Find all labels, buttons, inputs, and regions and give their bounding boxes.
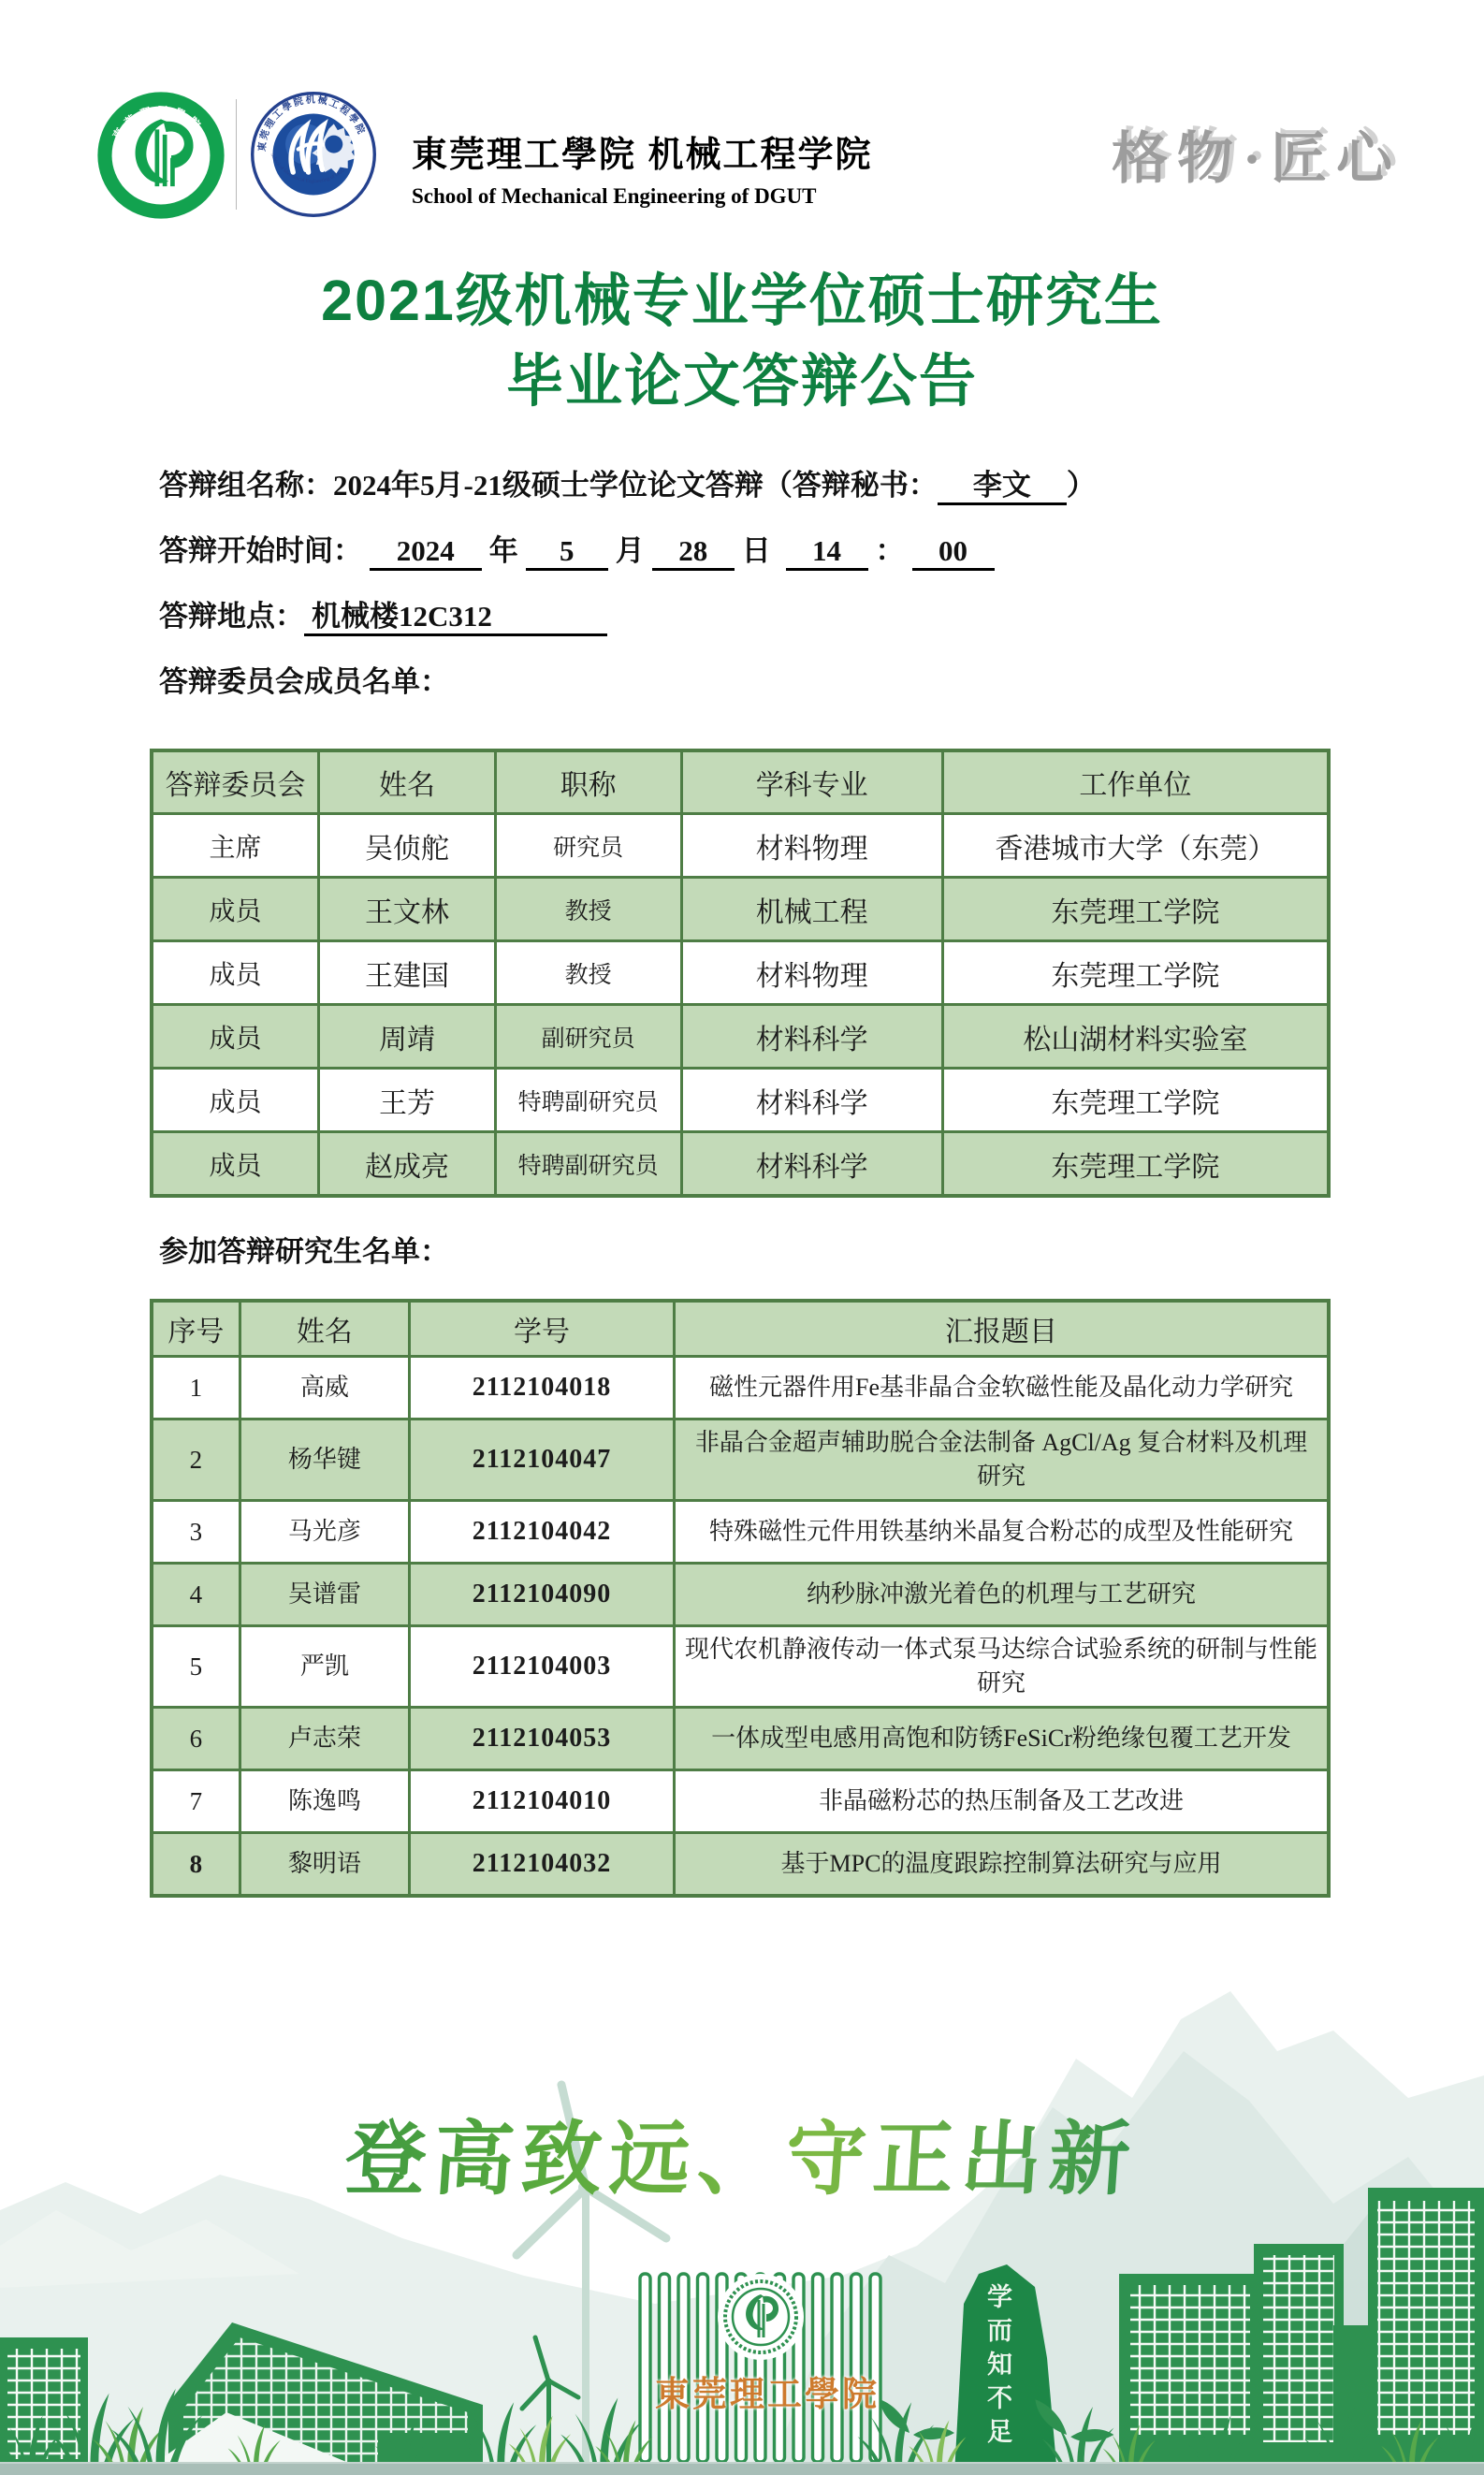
page-title-line2: 毕业论文答辩公告 <box>506 349 978 413</box>
page-title-line1: 2021级机械专业学位硕士研究生 <box>321 269 1163 332</box>
column-header: 学科专业 <box>681 750 942 814</box>
table-cell: 周靖 <box>319 1005 496 1069</box>
mechanical-school-logo: 東莞理工學院机械工程學院 School of Mechanical Engine… <box>250 91 377 218</box>
table-row: 7陈逸鸣2112104010非晶磁粉芯的热压制备及工艺改进 <box>152 1770 1329 1833</box>
table-cell: 材料物理 <box>681 941 942 1005</box>
column-header: 序号 <box>152 1301 240 1357</box>
table-cell: 非晶磁粉芯的热压制备及工艺改进 <box>675 1770 1329 1833</box>
year-blank: 2024 <box>370 534 482 571</box>
table-cell: 王建国 <box>319 941 496 1005</box>
table-row: 2杨华键2112104047非晶合金超声辅助脱合金法制备 AgCl/Ag 复合材… <box>152 1419 1329 1501</box>
table-cell: 研究员 <box>495 814 681 878</box>
table-row: 5严凯2112104003现代农机静液传动一体式泵马达综合试验系统的研制与性能研… <box>152 1626 1329 1708</box>
time-colon: ： <box>868 534 912 567</box>
dgut-university-logo: 東莞理工學院 DONGGUAN UNIVERSITY OF TECHNOLOGY <box>96 91 226 220</box>
table-cell: 磁性元器件用Fe基非晶合金软磁性能及晶化动力学研究 <box>675 1357 1329 1419</box>
table-cell: 东莞理工学院 <box>942 878 1329 941</box>
school-name-en: School of Mechanical Engineering of DGUT <box>412 184 873 209</box>
table-cell: 赵成亮 <box>319 1132 496 1197</box>
table-cell: 2112104053 <box>409 1708 674 1770</box>
table-cell: 成员 <box>152 1005 319 1069</box>
table-row: 6卢志荣2112104053一体成型电感用高饱和防锈FeSiCr粉绝缘包覆工艺开… <box>152 1708 1329 1770</box>
table-cell: 吴侦舵 <box>319 814 496 878</box>
table-cell: 教授 <box>495 878 681 941</box>
minute-blank: 00 <box>912 534 995 571</box>
defense-place-line: 答辩地点：机械楼12C312 <box>159 597 1347 636</box>
table-cell: 2112104003 <box>409 1626 674 1708</box>
table-cell: 材料科学 <box>681 1005 942 1069</box>
table-cell: 卢志荣 <box>240 1708 409 1770</box>
table-row: 主席吴侦舵研究员材料物理香港城市大学（东莞） <box>152 814 1329 878</box>
year-unit: 年 <box>482 534 526 567</box>
table-cell: 3 <box>152 1501 240 1564</box>
table-cell: 成员 <box>152 878 319 941</box>
table-cell: 2112104090 <box>409 1564 674 1626</box>
gate-school-name: 東莞理工學院 <box>646 2366 889 2416</box>
footer-artwork: 登高致远、守正出新 東莞理工學院 学而知不足 <box>0 1965 1484 2475</box>
table-cell: 一体成型电感用高饱和防锈FeSiCr粉绝缘包覆工艺开发 <box>675 1708 1329 1770</box>
logo-divider <box>236 99 237 210</box>
table-cell: 2112104032 <box>409 1833 674 1897</box>
defense-group-line: 答辩组名称：2024年5月-21级硕士学位论文答辩（答辩秘书：李文） <box>159 466 1347 505</box>
table-cell: 王文林 <box>319 878 496 941</box>
table-cell: 1 <box>152 1357 240 1419</box>
table-cell: 4 <box>152 1564 240 1626</box>
table-cell: 7 <box>152 1770 240 1833</box>
table-cell: 2112104047 <box>409 1419 674 1501</box>
column-header: 工作单位 <box>942 750 1329 814</box>
column-header: 姓名 <box>240 1301 409 1357</box>
table-cell: 2112104042 <box>409 1501 674 1564</box>
table-cell: 香港城市大学（东莞） <box>942 814 1329 878</box>
table-cell: 马光彦 <box>240 1501 409 1564</box>
table-cell: 6 <box>152 1708 240 1770</box>
table-row: 1高威2112104018磁性元器件用Fe基非晶合金软磁性能及晶化动力学研究 <box>152 1357 1329 1419</box>
secretary-blank: 李文 <box>938 469 1067 505</box>
page-header: 東莞理工學院 DONGGUAN UNIVERSITY OF TECHNOLOGY… <box>89 86 1428 226</box>
table-cell: 5 <box>152 1626 240 1708</box>
table-row: 成员王建国教授材料物理东莞理工学院 <box>152 941 1329 1005</box>
footer-calligraphy: 登高致远、守正出新 <box>0 2094 1484 2210</box>
table-row: 成员赵成亮特聘副研究员材料科学东莞理工学院 <box>152 1132 1329 1197</box>
table-cell: 杨华键 <box>240 1419 409 1501</box>
table-row: 成员王芳特聘副研究员材料科学东莞理工学院 <box>152 1069 1329 1132</box>
table-cell: 基于MPC的温度跟踪控制算法研究与应用 <box>675 1833 1329 1897</box>
table-cell: 主席 <box>152 814 319 878</box>
table-row: 4吴谱雷2112104090纳秒脉冲激光着色的机理与工艺研究 <box>152 1564 1329 1626</box>
table-cell: 成员 <box>152 1132 319 1197</box>
monument-inscription: 学而知不足 <box>980 2283 1016 2470</box>
table-cell: 非晶合金超声辅助脱合金法制备 AgCl/Ag 复合材料及机理研究 <box>675 1419 1329 1501</box>
table-cell: 2 <box>152 1419 240 1501</box>
defense-time-line: 答辩开始时间： 2024年5月28日 14：00 <box>159 531 1347 571</box>
table-cell: 现代农机静液传动一体式泵马达综合试验系统的研制与性能研究 <box>675 1626 1329 1708</box>
page-title: 2021级机械专业学位硕士研究生 毕业论文答辩公告 <box>0 260 1484 421</box>
group-label: 答辩组名称： <box>159 469 333 502</box>
table-cell: 东莞理工学院 <box>942 1132 1329 1197</box>
table-cell: 特殊磁性元件用铁基纳米晶复合粉芯的成型及性能研究 <box>675 1501 1329 1564</box>
motto-calligraphy: 格物·匠心 <box>1112 114 1402 195</box>
column-header: 学号 <box>409 1301 674 1357</box>
table-cell: 8 <box>152 1833 240 1897</box>
students-section-label: 参加答辩研究生名单： <box>159 1228 449 1270</box>
table-cell: 成员 <box>152 1069 319 1132</box>
table-row: 3马光彦2112104042特殊磁性元件用铁基纳米晶复合粉芯的成型及性能研究 <box>152 1501 1329 1564</box>
group-value: 2024年5月-21级硕士学位论文答辩（答辩秘书： <box>333 469 938 502</box>
table-cell: 松山湖材料实验室 <box>942 1005 1329 1069</box>
table-cell: 教授 <box>495 941 681 1005</box>
place-blank: 机械楼12C312 <box>304 600 607 636</box>
column-header: 答辩委员会 <box>152 750 319 814</box>
place-label: 答辩地点： <box>159 600 304 633</box>
hour-blank: 14 <box>786 534 868 571</box>
day-blank: 28 <box>652 534 735 571</box>
table-cell: 纳秒脉冲激光着色的机理与工艺研究 <box>675 1564 1329 1626</box>
column-header: 姓名 <box>319 750 496 814</box>
school-name-cn: 東莞理工學院 机械工程学院 <box>412 125 873 177</box>
announcement-page: 東莞理工學院 DONGGUAN UNIVERSITY OF TECHNOLOGY… <box>0 0 1484 2475</box>
table-cell: 特聘副研究员 <box>495 1069 681 1132</box>
table-cell: 成员 <box>152 941 319 1005</box>
table-cell: 材料科学 <box>681 1132 942 1197</box>
table-cell: 吴谱雷 <box>240 1564 409 1626</box>
group-close: ） <box>1067 469 1096 502</box>
day-unit: 日 <box>735 534 778 567</box>
column-header: 职称 <box>495 750 681 814</box>
table-cell: 2112104010 <box>409 1770 674 1833</box>
month-unit: 月 <box>608 534 652 567</box>
table-cell: 东莞理工学院 <box>942 941 1329 1005</box>
table-cell: 特聘副研究员 <box>495 1132 681 1197</box>
committee-section-label: 答辩委员会成员名单： <box>159 662 1347 702</box>
table-cell: 东莞理工学院 <box>942 1069 1329 1132</box>
table-cell: 王芳 <box>319 1069 496 1132</box>
table-cell: 陈逸鸣 <box>240 1770 409 1833</box>
table-row: 成员王文林教授机械工程东莞理工学院 <box>152 878 1329 941</box>
defense-info: 答辩组名称：2024年5月-21级硕士学位论文答辩（答辩秘书：李文） 答辩开始时… <box>159 466 1347 728</box>
table-cell: 黎明语 <box>240 1833 409 1897</box>
table-cell: 材料物理 <box>681 814 942 878</box>
students-table: 序号姓名学号汇报题目1高威2112104018磁性元器件用Fe基非晶合金软磁性能… <box>150 1299 1331 1898</box>
table-cell: 2112104018 <box>409 1357 674 1419</box>
time-label: 答辩开始时间： <box>159 534 362 567</box>
table-row: 成员周靖副研究员材料科学松山湖材料实验室 <box>152 1005 1329 1069</box>
column-header: 汇报题目 <box>675 1301 1329 1357</box>
table-cell: 副研究员 <box>495 1005 681 1069</box>
table-cell: 严凯 <box>240 1626 409 1708</box>
table-cell: 高威 <box>240 1357 409 1419</box>
school-names: 東莞理工學院 机械工程学院 School of Mechanical Engin… <box>412 125 873 209</box>
month-blank: 5 <box>526 534 608 571</box>
table-cell: 机械工程 <box>681 878 942 941</box>
table-row: 8黎明语2112104032基于MPC的温度跟踪控制算法研究与应用 <box>152 1833 1329 1897</box>
table-cell: 材料科学 <box>681 1069 942 1132</box>
committee-table: 答辩委员会姓名职称学科专业工作单位主席吴侦舵研究员材料物理香港城市大学（东莞）成… <box>150 749 1331 1198</box>
